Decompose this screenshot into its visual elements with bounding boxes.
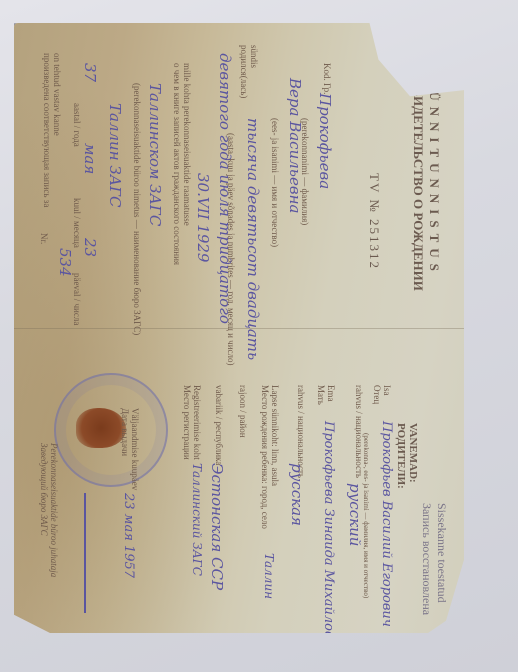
signature	[84, 493, 146, 613]
parents-header: VANEMAD: РОДИТЕЛИ:	[395, 423, 419, 489]
date-numeric: 30.VII 1929	[194, 173, 212, 262]
center-fold	[14, 328, 464, 329]
born-value-2: девятого года июля тридцатого	[216, 53, 234, 324]
title-estonian: SÜNNITUNNISTUS	[426, 78, 442, 291]
father-label: IsaОтец	[372, 385, 392, 404]
entry-no-label: Nr.	[39, 233, 49, 244]
born-value: тысяча девятьсот двадцать	[244, 118, 262, 360]
month-value: мая	[81, 143, 99, 174]
serial-number: TV № 251312	[366, 173, 382, 270]
entry-text: on tehtud vastav kanneпроизведена соотве…	[42, 53, 62, 207]
mother-value: Прокофьева Зинаида Михайловна	[321, 421, 336, 655]
title-russian: СВИДЕТЕЛЬСТВО О РОЖДЕНИИ	[410, 78, 426, 291]
birthplace-label: Lapse sünnikoht: linn, asulaМесто рожден…	[260, 385, 280, 529]
office-value: Таллинском ЗАГС	[146, 83, 164, 226]
office-caption: (perekonnaseisuaktide büroo nimetus — на…	[132, 83, 142, 335]
reg-place-label: Registreerimise kohtМесто регистрации	[182, 385, 202, 460]
father-value: Прокофьев Василий Егорович	[379, 421, 394, 627]
year-value: 37	[81, 63, 99, 82]
day-value: 23	[81, 238, 99, 257]
reg-place-value: Таллинский ЗАГС	[190, 463, 204, 576]
republic-value: Эстонская ССР	[208, 463, 226, 590]
office-value-short: Таллин ЗАГС	[106, 103, 124, 207]
mother-label: EmaМать	[316, 385, 336, 405]
ink-blot-stain	[76, 408, 126, 448]
district-label: rajoon / район	[238, 385, 248, 438]
born-label: sündisродился(лась)	[239, 45, 259, 98]
issue-date-label: Väljaandmise kuupäevДата выдачи	[120, 408, 140, 490]
name-caption: (ees- ja isanimi — имя и отчество)	[270, 118, 280, 247]
father-nationality-value: русский	[346, 483, 364, 546]
republic-label: vabariik / республика	[214, 385, 224, 465]
father-nationality-label: rahvus / национальность	[354, 385, 364, 478]
day-label: päeval / числа	[72, 273, 82, 325]
entry-no-value: 534	[56, 248, 74, 277]
name-value: Вера Васильевна	[286, 78, 304, 213]
mother-nationality-value: русская	[288, 463, 306, 526]
registered-text: mille kohta perekonnaseisuaktide raamatu…	[172, 63, 192, 265]
birth-certificate-photo: SÜNNITUNNISTUS СВИДЕТЕЛЬСТВО О РОЖДЕНИИ …	[14, 23, 464, 633]
surname-value: Прокофьева	[316, 93, 334, 189]
stamp-caption: Perekonnaseisuaktide büroo juhatajaЗавед…	[39, 443, 59, 577]
surname-label: Kod. Гр.	[322, 63, 332, 94]
birthplace-value: Таллин	[262, 553, 276, 599]
title-block: SÜNNITUNNISTUS СВИДЕТЕЛЬСТВО О РОЖДЕНИИ	[410, 78, 442, 291]
copy-stamp-header: Sissekanne toestatud Запись восстановлен…	[419, 503, 449, 615]
year-label: aastal / года	[72, 103, 82, 147]
